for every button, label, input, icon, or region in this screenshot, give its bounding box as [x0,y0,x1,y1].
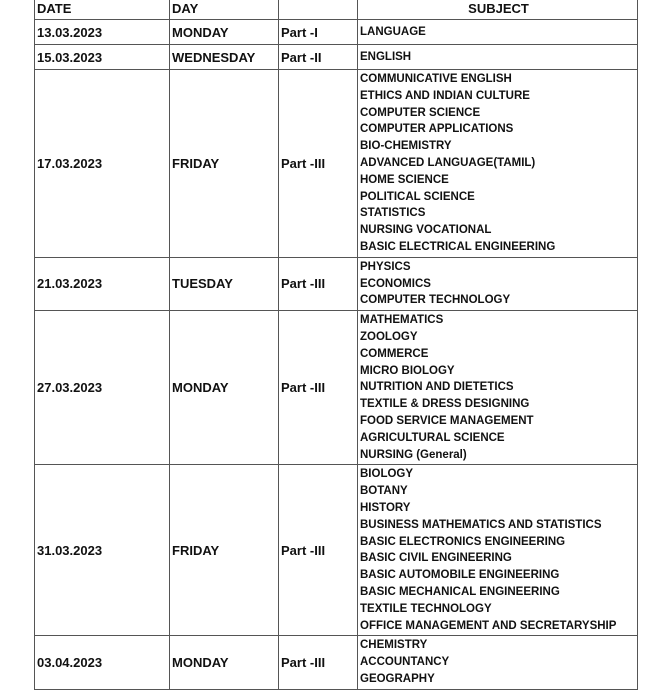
table-row: 15.03.2023WEDNESDAYPart -IIENGLISH [35,45,638,70]
header-subject: SUBJECT [358,0,638,20]
table-row: 31.03.2023FRIDAYPart -IIIBIOLOGYBOTANYHI… [35,465,638,636]
subject-item: NURSING (General) [360,447,637,464]
exam-timetable: DATE DAY SUBJECT 13.03.2023MONDAYPart -I… [34,0,637,690]
subject-item: COMPUTER TECHNOLOGY [360,292,637,309]
date-cell: 31.03.2023 [35,465,170,636]
subject-item: COMMUNICATIVE ENGLISH [360,71,637,88]
subject-item: POLITICAL SCIENCE [360,189,637,206]
timetable-body: 13.03.2023MONDAYPart -ILANGUAGE15.03.202… [35,20,638,690]
date-cell: 21.03.2023 [35,257,170,310]
subject-item: BASIC MECHANICAL ENGINEERING [360,584,637,601]
day-cell: FRIDAY [170,70,279,258]
subject-cell: ENGLISH [358,45,638,70]
subject-cell: COMMUNICATIVE ENGLISHETHICS AND INDIAN C… [358,70,638,258]
subject-item: HOME SCIENCE [360,172,637,189]
subject-cell: PHYSICSECONOMICSCOMPUTER TECHNOLOGY [358,257,638,310]
header-day: DAY [170,0,279,20]
part-cell: Part -III [279,70,358,258]
table-row: 21.03.2023TUESDAYPart -IIIPHYSICSECONOMI… [35,257,638,310]
subject-item: BOTANY [360,483,637,500]
subject-item: ENGLISH [360,49,637,66]
date-cell: 03.04.2023 [35,636,170,689]
subject-item: HISTORY [360,500,637,517]
header-part [279,0,358,20]
subject-item: BASIC ELECTRICAL ENGINEERING [360,239,637,256]
timetable-table: DATE DAY SUBJECT 13.03.2023MONDAYPart -I… [34,0,638,690]
subject-cell: BIOLOGYBOTANYHISTORYBUSINESS MATHEMATICS… [358,465,638,636]
subject-item: BASIC AUTOMOBILE ENGINEERING [360,567,637,584]
subject-item: AGRICULTURAL SCIENCE [360,430,637,447]
part-cell: Part -III [279,311,358,465]
day-cell: WEDNESDAY [170,45,279,70]
subject-item: PHYSICS [360,259,637,276]
part-cell: Part -III [279,636,358,689]
subject-item: MICRO BIOLOGY [360,363,637,380]
part-cell: Part -III [279,257,358,310]
subject-item: ETHICS AND INDIAN CULTURE [360,88,637,105]
subject-item: NUTRITION AND DIETETICS [360,379,637,396]
subject-item: CHEMISTRY [360,637,637,654]
subject-item: TEXTILE & DRESS DESIGNING [360,396,637,413]
subject-item: BUSINESS MATHEMATICS AND STATISTICS [360,517,637,534]
day-cell: TUESDAY [170,257,279,310]
subject-item: LANGUAGE [360,24,637,41]
subject-item: BIO-CHEMISTRY [360,138,637,155]
subject-cell: CHEMISTRYACCOUNTANCYGEOGRAPHY [358,636,638,689]
header-row: DATE DAY SUBJECT [35,0,638,20]
subject-item: MATHEMATICS [360,312,637,329]
subject-item: ZOOLOGY [360,329,637,346]
date-cell: 15.03.2023 [35,45,170,70]
subject-item: STATISTICS [360,205,637,222]
subject-item: ADVANCED LANGUAGE(TAMIL) [360,155,637,172]
day-cell: MONDAY [170,636,279,689]
subject-item: BASIC ELECTRONICS ENGINEERING [360,534,637,551]
table-row: 27.03.2023MONDAYPart -IIIMATHEMATICSZOOL… [35,311,638,465]
subject-item: FOOD SERVICE MANAGEMENT [360,413,637,430]
subject-item: ECONOMICS [360,276,637,293]
subject-cell: MATHEMATICSZOOLOGYCOMMERCEMICRO BIOLOGYN… [358,311,638,465]
table-row: 13.03.2023MONDAYPart -ILANGUAGE [35,20,638,45]
part-cell: Part -II [279,45,358,70]
header-date: DATE [35,0,170,20]
date-cell: 27.03.2023 [35,311,170,465]
subject-item: COMMERCE [360,346,637,363]
day-cell: FRIDAY [170,465,279,636]
table-row: 17.03.2023FRIDAYPart -IIICOMMUNICATIVE E… [35,70,638,258]
table-row: 03.04.2023MONDAYPart -IIICHEMISTRYACCOUN… [35,636,638,689]
day-cell: MONDAY [170,20,279,45]
subject-item: BIOLOGY [360,466,637,483]
date-cell: 17.03.2023 [35,70,170,258]
subject-item: TEXTILE TECHNOLOGY [360,601,637,618]
subject-item: BASIC CIVIL ENGINEERING [360,550,637,567]
subject-item: ACCOUNTANCY [360,654,637,671]
subject-item: OFFICE MANAGEMENT AND SECRETARYSHIP [360,618,637,635]
part-cell: Part -III [279,465,358,636]
part-cell: Part -I [279,20,358,45]
subject-item: NURSING VOCATIONAL [360,222,637,239]
subject-item: COMPUTER APPLICATIONS [360,121,637,138]
subject-item: COMPUTER SCIENCE [360,105,637,122]
subject-cell: LANGUAGE [358,20,638,45]
subject-item: GEOGRAPHY [360,671,637,688]
day-cell: MONDAY [170,311,279,465]
date-cell: 13.03.2023 [35,20,170,45]
